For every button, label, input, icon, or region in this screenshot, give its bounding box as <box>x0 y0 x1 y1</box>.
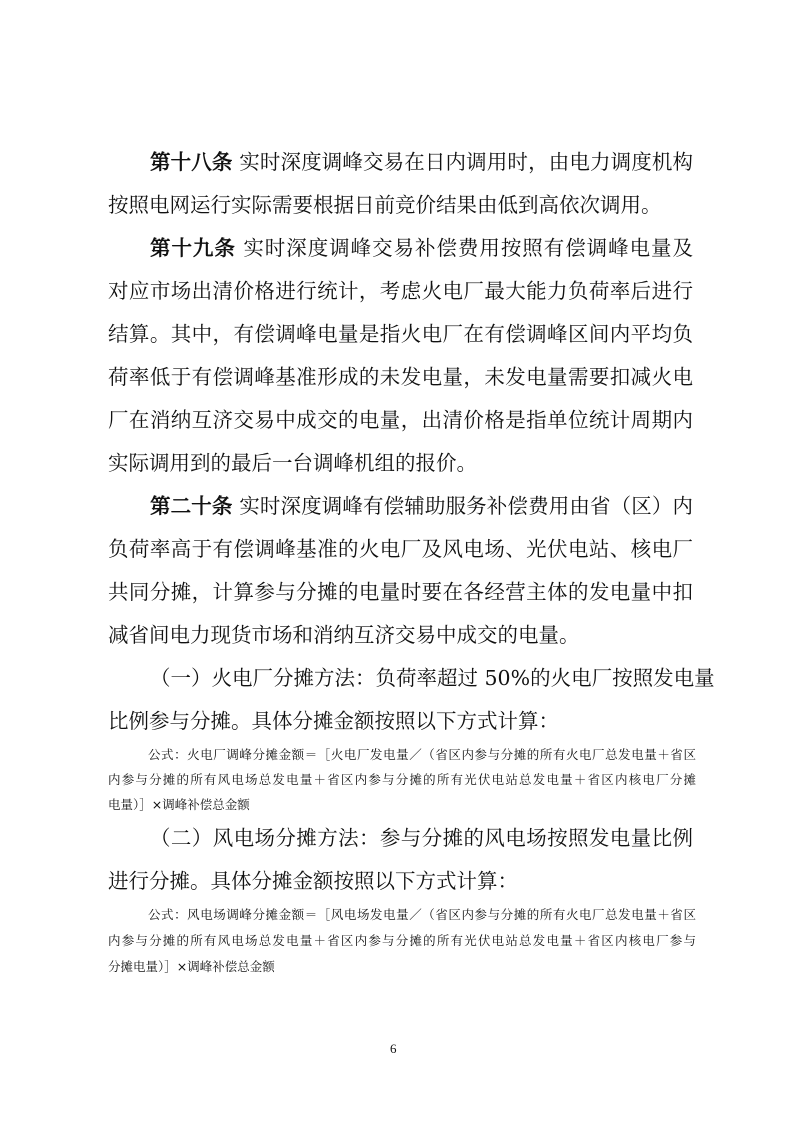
article-18-text: 实时深度调峰交易在日内调用时，由电力调度机构 <box>239 150 693 174</box>
article-20-heading: 第二十条 <box>150 494 233 518</box>
section-1-formula-line-1: 公式：火电厂调峰分摊金额＝［火电厂发电量／（省区内参与分摊的所有火电厂总发电量＋… <box>148 747 696 763</box>
section-1-line-1: （一）火电厂分摊方法：负荷率超过 50%的火电厂按照发电量 <box>150 666 693 690</box>
article-19-line-5: 厂在消纳互济交易中成交的电量，出清价格是指单位统计周期内 <box>108 408 693 432</box>
article-20-line-3: 共同分摊，计算参与分摊的电量时要在各经营主体的发电量中扣 <box>108 580 693 604</box>
section-2-formula-line-1: 公式：风电场调峰分摊金额＝［风电场发电量／（省区内参与分摊的所有火电厂总发电量＋… <box>148 907 696 923</box>
article-20-line-2: 负荷率高于有偿调峰基准的火电厂及风电场、光伏电站、核电厂 <box>108 537 693 561</box>
section-2-formula-line-2: 内参与分摊的所有风电场总发电量＋省区内参与分摊的所有光伏电站总发电量＋省区内核电… <box>108 933 696 949</box>
article-19-text: 实时深度调峰交易补偿费用按照有偿调峰电量及 <box>243 236 693 260</box>
section-2-line-2: 进行分摊。具体分摊金额按照以下方式计算： <box>108 869 693 893</box>
document-page: 第十八条 实时深度调峰交易在日内调用时，由电力调度机构 按照电网运行实际需要根据… <box>0 0 793 1122</box>
article-20-text: 实时深度调峰有偿辅助服务补偿费用由省（区）内 <box>239 494 693 518</box>
section-1-formula-line-2: 内参与分摊的所有风电场总发电量＋省区内参与分摊的所有光伏电站总发电量＋省区内核电… <box>108 772 696 788</box>
article-19-line-3: 结算。其中，有偿调峰电量是指火电厂在有偿调峰区间内平均负 <box>108 322 693 346</box>
article-18-line-2: 按照电网运行实际需要根据日前竞价结果由低到高依次调用。 <box>108 193 693 217</box>
article-19-line-6: 实际调用到的最后一台调峰机组的报价。 <box>108 451 693 475</box>
article-20-line-1: 第二十条 实时深度调峰有偿辅助服务补偿费用由省（区）内 <box>150 494 693 518</box>
section-2-formula-line-3: 分摊电量）］×调峰补偿总金额 <box>108 959 696 975</box>
article-19-line-2: 对应市场出清价格进行统计，考虑火电厂最大能力负荷率后进行 <box>108 279 693 303</box>
article-19-line-4: 荷率低于有偿调峰基准形成的未发电量，未发电量需要扣减火电 <box>108 365 693 389</box>
article-18-heading: 第十八条 <box>150 150 233 174</box>
article-20-line-4: 减省间电力现货市场和消纳互济交易中成交的电量。 <box>108 623 693 647</box>
page-number: 6 <box>390 1041 397 1057</box>
section-2-line-1: （二）风电场分摊方法：参与分摊的风电场按照发电量比例 <box>150 826 693 850</box>
section-1-line-2: 比例参与分摊。具体分摊金额按照以下方式计算： <box>108 709 693 733</box>
article-19-heading: 第十九条 <box>150 236 236 260</box>
article-19-line-1: 第十九条 实时深度调峰交易补偿费用按照有偿调峰电量及 <box>150 236 693 260</box>
section-1-formula-line-3: 电量）］×调峰补偿总金额 <box>108 797 696 813</box>
article-18-line-1: 第十八条 实时深度调峰交易在日内调用时，由电力调度机构 <box>150 150 693 174</box>
